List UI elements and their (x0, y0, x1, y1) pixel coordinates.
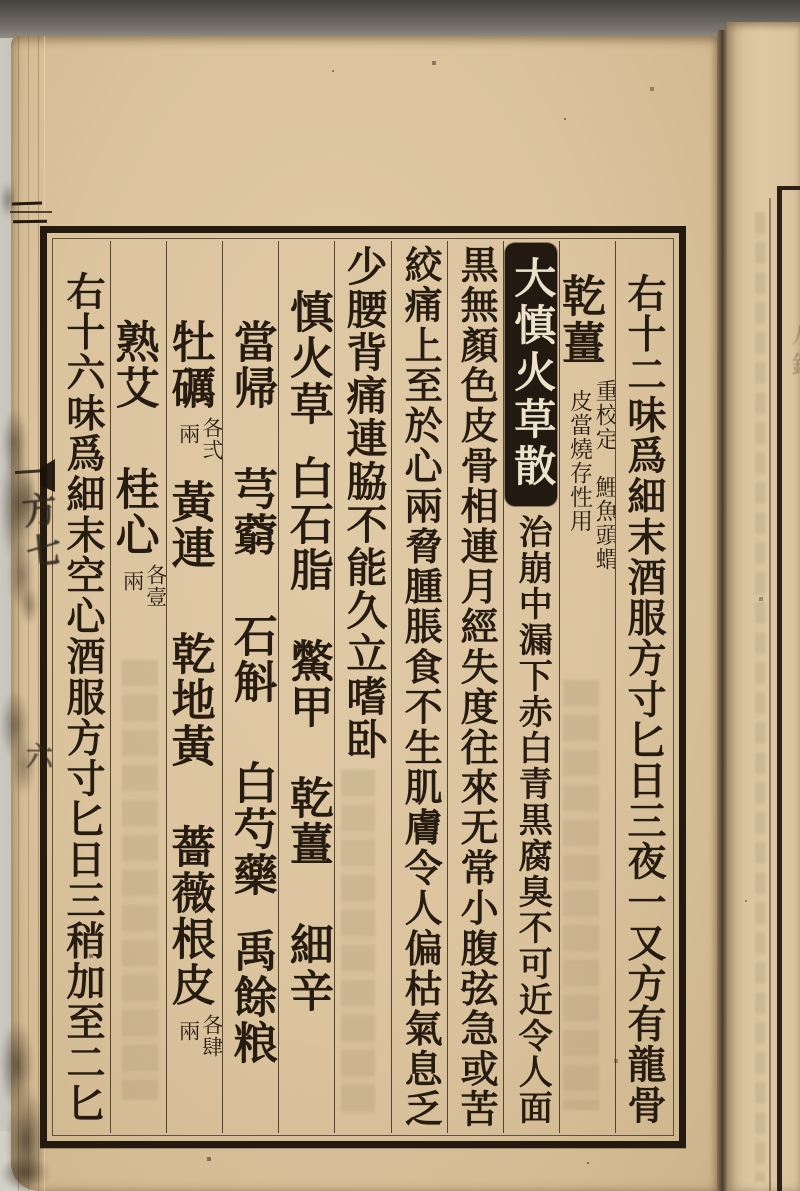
dose-annotation: 各弍兩 (177, 417, 223, 461)
formula-title-label: 大慎火草散 (505, 243, 557, 506)
dose-right-line: 各弍 (200, 417, 223, 461)
column-drug-list-3: 牡礪各弍兩黃連乾地黃薔薇根皮各肆兩 (166, 241, 222, 1133)
column-drug-list-2: 當帰芎藭石斛白芍藥禹餘粮 (222, 241, 278, 1133)
drug-name: 白芍藥 (227, 760, 276, 898)
editorial-note: 重校定 鯉魚頭蝟皮當燒存性用 (566, 379, 615, 571)
drug-name: 乾薑 (559, 273, 604, 367)
dose-left-line: 兩 (177, 423, 200, 461)
dose-right-line: 各肆 (200, 1014, 223, 1058)
drug-name: 牡礪 (166, 319, 214, 411)
drug-name: 白石脂 (283, 455, 332, 593)
indication-text: 治崩中漏下赤白青黒腐臭不可近令人面 (513, 514, 550, 1126)
symptom-text: 黒無顏色皮骨相連月經失度往來无常小腹弦急或苦 (456, 241, 494, 1133)
drug-name: 石斛 (227, 613, 276, 705)
note-right-line: 重校定 鯉魚頭蝟 (592, 379, 615, 571)
note-left-line: 皮當燒存性用 (566, 389, 592, 571)
instruction-text: 右十二味爲細末酒服方寸匕日三夜一又方有龍骨 (624, 241, 663, 1133)
book-scan-photo: 八鈐 右十二味爲細末酒服方寸匕日三夜一又方有龍骨 乾薑重校定 鯉魚頭蝟皮當燒存性… (0, 0, 800, 1191)
prev-leaf-edge-stub (13, 220, 47, 224)
symptom-text: 少腰背痛連脇不能久立嗜卧 (342, 241, 383, 1133)
next-page-edge: 八鈐 (727, 22, 800, 1191)
drug-name: 芎藭 (227, 466, 276, 558)
drug-name: 當帰 (227, 319, 276, 411)
prev-leaf-edge-stub (10, 211, 52, 213)
drug-name: 鱉甲 (283, 638, 332, 730)
dose-left-line: 兩 (177, 1020, 200, 1058)
dose-annotation: 各肆兩 (177, 1014, 223, 1058)
column-symptoms-2: 絞痛上至於心兩脅腫脹食不生肌膚令人偏枯氣息乏 (391, 241, 447, 1133)
drug-name: 乾地黃 (166, 631, 214, 769)
next-page-border (777, 190, 782, 1191)
next-page-border-top (777, 186, 800, 190)
symptom-text: 絞痛上至於心兩脅腫脹食不生肌膚令人偏枯氣息乏 (400, 241, 438, 1133)
column-drug-list-1: 慎火草白石脂鱉甲乾薑細辛 (278, 241, 334, 1133)
drug-name: 薔薇根皮 (166, 824, 214, 1008)
column-symptoms-1: 黒無顏色皮骨相連月經失度往來无常小腹弦急或苦 (447, 241, 503, 1133)
next-page-bleed-ghost (755, 212, 765, 1182)
column-dosage-instruction-12: 右十二味爲細末酒服方寸匕日三夜一又方有龍骨 (615, 241, 671, 1133)
column-drug-list-4: 熟艾桂心各壹兩 (110, 241, 166, 1133)
drug-name: 黃連 (166, 479, 214, 571)
column-ganjiang-with-note: 乾薑重校定 鯉魚頭蝟皮當燒存性用 (559, 241, 615, 1133)
column-formula-title: 大慎火草散治崩中漏下赤白青黒腐臭不可近令人面 (503, 241, 559, 1133)
column-dosage-instruction-16: 右十六味爲細末空心酒服方寸匕日三稍加至二匕 (55, 241, 110, 1133)
page-gap-shadow (717, 30, 727, 1191)
drug-name: 熟艾 (110, 319, 158, 411)
edge-fascicle-label: 方七 (10, 490, 68, 577)
instruction-text: 右十六味爲細末空心酒服方寸匕日三稍加至二匕 (63, 241, 102, 1133)
photo-backdrop-top (0, 0, 800, 38)
text-frame: 右十二味爲細末酒服方寸匕日三夜一又方有龍骨 乾薑重校定 鯉魚頭蝟皮當燒存性用 大… (40, 226, 686, 1148)
drug-name: 乾薑 (283, 775, 332, 867)
drug-name: 禹餘粮 (227, 928, 276, 1066)
drug-name: 桂心 (110, 466, 158, 558)
dose-left-line: 兩 (120, 570, 143, 608)
edge-page-number: 六 (18, 742, 57, 769)
next-page-inner-border (769, 198, 771, 1191)
drug-name: 慎火草 (283, 289, 332, 427)
text-columns: 右十二味爲細末酒服方寸匕日三夜一又方有龍骨 乾薑重校定 鯉魚頭蝟皮當燒存性用 大… (55, 241, 671, 1133)
dose-right-line: 各壹 (144, 564, 167, 608)
column-symptoms-3: 少腰背痛連脇不能久立嗜卧 (334, 241, 390, 1133)
fold-crease (28, 36, 29, 1191)
dose-annotation: 各壹兩 (120, 564, 166, 608)
fold-crease (38, 36, 39, 1191)
next-page-faint-text: 八鈐 (783, 322, 800, 382)
fold-crease (18, 36, 19, 1191)
drug-name: 細辛 (283, 922, 332, 1014)
